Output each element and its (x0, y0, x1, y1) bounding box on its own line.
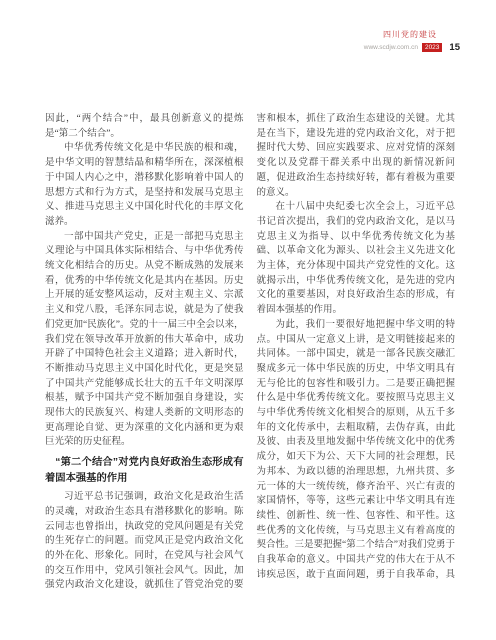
header-meta-row: www.scdjw.com.cn 2023 15 (364, 42, 460, 53)
paragraph: 一部中国共产党史，正是一部把马克思主义理论与中国具体实际相结合、与中华优秀传统文… (45, 230, 244, 451)
magazine-website: www.scdjw.com.cn (364, 44, 418, 51)
magazine-page: 四川党的建设 www.scdjw.com.cn 2023 15 因此，“两个结合… (0, 0, 496, 640)
issue-year-badge: 2023 (422, 43, 442, 52)
paragraph: 在十八届中央纪委七次全会上，习近平总书记首次提出，我们的党内政治文化，是以马克思… (257, 200, 456, 318)
paragraph: 中华优秀传统文化是中华民族的根和魂，是中华文明的智慧结晶和精华所在，深深植根于中… (45, 141, 244, 229)
section-heading: “第二个结合”对党内良好政治生态形成有着固本强基的作用 (45, 455, 244, 486)
magazine-title: 四川党的建设 (364, 29, 437, 40)
article-body: 因此，“两个结合”中，最具创新意义的提炼是“第二个结合”。 中华优秀传统文化是中… (45, 112, 455, 596)
paragraph-continued: 因此，“两个结合”中，最具创新意义的提炼是“第二个结合”。 (45, 112, 244, 141)
page-number: 15 (449, 42, 460, 53)
page-header: 四川党的建设 www.scdjw.com.cn 2023 15 (364, 29, 460, 53)
